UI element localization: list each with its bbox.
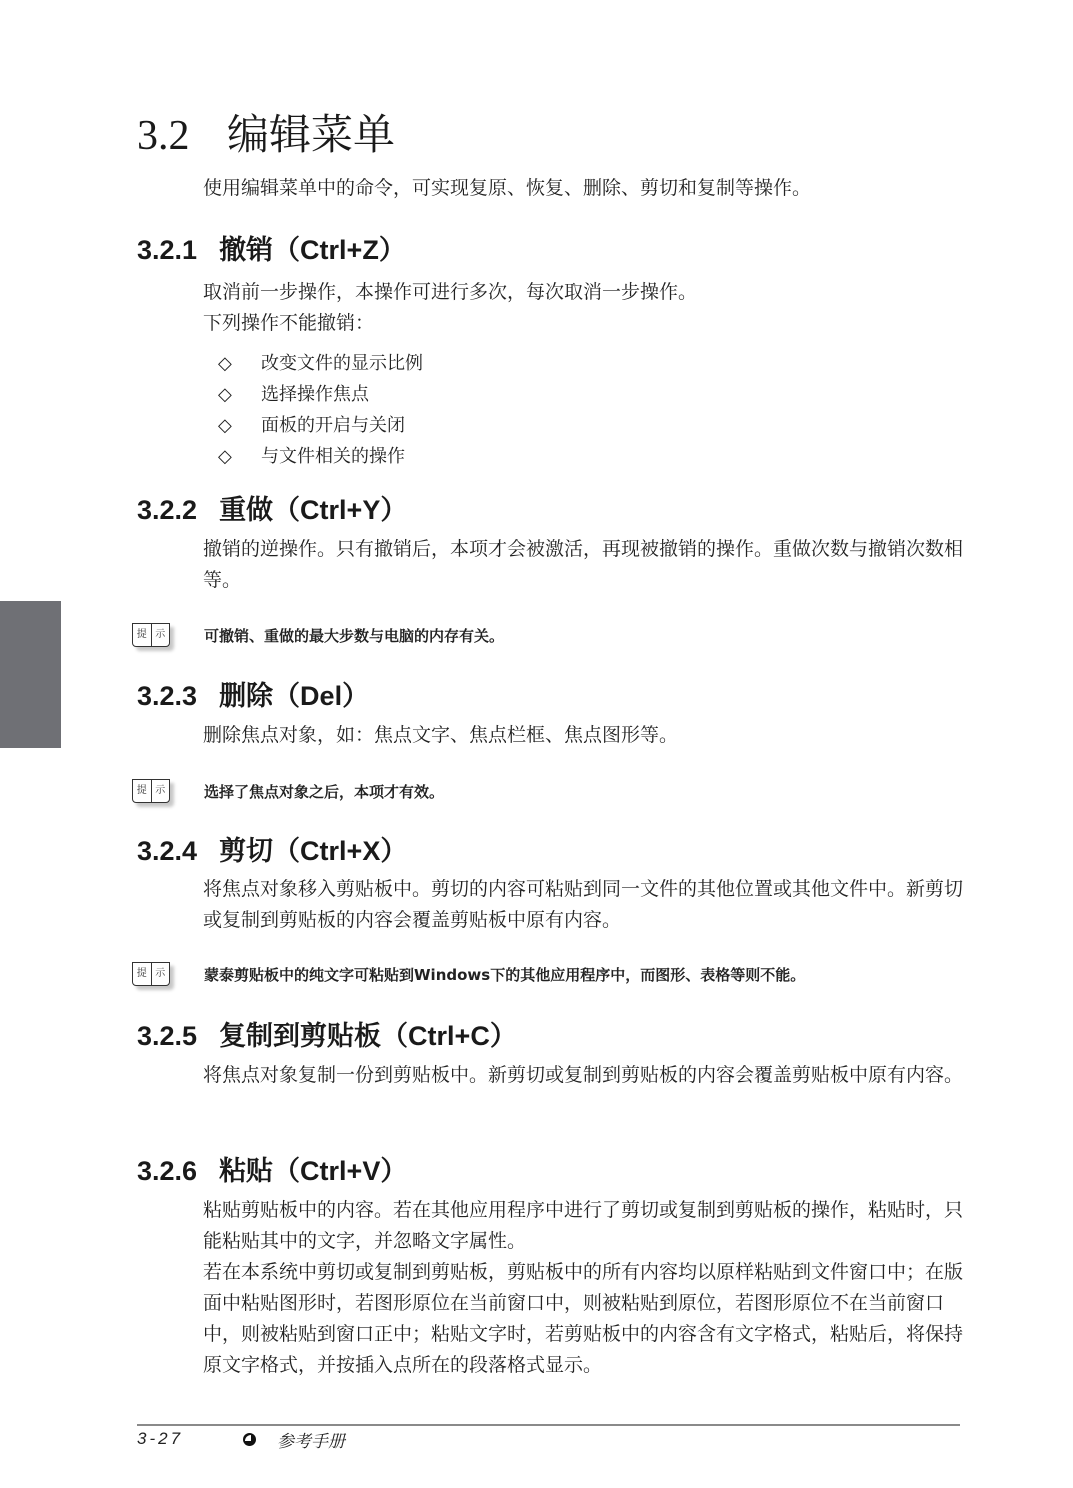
section-title-undo: 3.2.1撤销（Ctrl+Z） — [137, 232, 406, 268]
paragraph: 将焦点对象复制一份到剪贴板中。新剪切或复制到剪贴板的内容会覆盖剪贴板中原有内容。 — [203, 1060, 968, 1091]
paragraph: 删除焦点对象，如：焦点文字、焦点栏框、焦点图形等。 — [203, 720, 968, 751]
section-title-redo: 3.2.2重做（Ctrl+Y） — [137, 492, 407, 528]
diamond-bullet-icon: ◇ — [218, 348, 261, 379]
list-item: ◇面板的开启与关闭 — [218, 410, 423, 441]
list-item: ◇改变文件的显示比例 — [218, 348, 423, 379]
section-number: 3.2.5 — [137, 1018, 197, 1054]
tip-note: 提示 蒙泰剪贴板中的纯文字可粘贴到Windows下的其他应用程序中，而图形、表格… — [130, 958, 805, 990]
section-body-undo: 取消前一步操作，本操作可进行多次，每次取消一步操作。 下列操作不能撤销： — [203, 277, 968, 339]
section-body-paste: 粘贴剪贴板中的内容。若在其他应用程序中进行了剪切或复制到剪贴板的操作，粘贴时，只… — [203, 1195, 968, 1381]
bullet-list: ◇改变文件的显示比例 ◇选择操作焦点 ◇面板的开启与关闭 ◇与文件相关的操作 — [218, 348, 423, 472]
diamond-bullet-icon: ◇ — [218, 441, 261, 472]
paragraph: 将焦点对象移入剪贴板中。剪切的内容可粘贴到同一文件的其他位置或其他文件中。新剪切… — [203, 874, 968, 936]
list-item-text: 与文件相关的操作 — [261, 441, 405, 472]
section-number: 3.2.3 — [137, 678, 197, 714]
section-body-delete: 删除焦点对象，如：焦点文字、焦点栏框、焦点图形等。 — [203, 720, 968, 751]
section-title-delete: 3.2.3删除（Del） — [137, 678, 369, 714]
tip-text: 选择了焦点对象之后，本项才有效。 — [204, 781, 444, 802]
section-body-cut: 将焦点对象移入剪贴板中。剪切的内容可粘贴到同一文件的其他位置或其他文件中。新剪切… — [203, 874, 968, 936]
list-item-text: 改变文件的显示比例 — [261, 348, 423, 379]
section-heading-text: 粘贴（Ctrl+V） — [219, 1156, 407, 1186]
chapter-title-text: 编辑菜单 — [227, 113, 395, 159]
section-title-copy: 3.2.5复制到剪贴板（Ctrl+C） — [137, 1018, 517, 1054]
list-item-text: 选择操作焦点 — [261, 379, 369, 410]
tip-icon-label: 示 — [152, 780, 170, 802]
diamond-bullet-icon: ◇ — [218, 410, 261, 441]
footer-rule — [137, 1424, 960, 1426]
section-title-cut: 3.2.4剪切（Ctrl+X） — [137, 833, 407, 869]
section-number: 3.2.4 — [137, 833, 197, 869]
list-item: ◇与文件相关的操作 — [218, 441, 423, 472]
section-heading-text: 重做（Ctrl+Y） — [219, 495, 407, 525]
tip-note: 提示 可撤销、重做的最大步数与电脑的内存有关。 — [130, 619, 504, 651]
paragraph: 取消前一步操作，本操作可进行多次，每次取消一步操作。 — [203, 277, 968, 308]
chapter-title: 3.2编辑菜单 — [137, 108, 395, 164]
tip-icon-label: 示 — [152, 624, 170, 646]
footer-title: 参考手册 — [277, 1427, 345, 1452]
half-moon-icon — [243, 1433, 256, 1446]
paragraph: 下列操作不能撤销： — [203, 308, 968, 339]
section-body-redo: 撤销的逆操作。只有撤销后，本项才会被激活，再现被撤销的操作。重做次数与撤销次数相… — [203, 534, 968, 596]
chapter-number: 3.2 — [137, 108, 227, 164]
section-number: 3.2.6 — [137, 1153, 197, 1189]
chapter-side-tab — [0, 601, 61, 748]
paragraph: 粘贴剪贴板中的内容。若在其他应用程序中进行了剪切或复制到剪贴板的操作，粘贴时，只… — [203, 1195, 968, 1257]
tip-icon-label: 提 — [133, 963, 152, 985]
chapter-intro: 使用编辑菜单中的命令，可实现复原、恢复、删除、剪切和复制等操作。 — [203, 173, 968, 204]
open-book-tip-icon: 提示 — [130, 777, 172, 805]
paragraph: 若在本系统中剪切或复制到剪贴板，剪贴板中的所有内容均以原样粘贴到文件窗口中；在版… — [203, 1257, 968, 1381]
section-title-paste: 3.2.6粘贴（Ctrl+V） — [137, 1153, 407, 1189]
page-footer: 3-27 参考手册 — [137, 1428, 345, 1450]
section-heading-text: 删除（Del） — [219, 681, 369, 711]
tip-text: 可撤销、重做的最大步数与电脑的内存有关。 — [204, 625, 504, 646]
tip-icon-label: 提 — [133, 780, 152, 802]
tip-icon-label: 提 — [133, 624, 152, 646]
list-item: ◇选择操作焦点 — [218, 379, 423, 410]
section-number: 3.2.1 — [137, 232, 197, 268]
list-item-text: 面板的开启与关闭 — [261, 410, 405, 441]
open-book-tip-icon: 提示 — [130, 621, 172, 649]
diamond-bullet-icon: ◇ — [218, 379, 261, 410]
page-number: 3-27 — [137, 1429, 243, 1449]
tip-icon-label: 示 — [152, 963, 170, 985]
section-heading-text: 剪切（Ctrl+X） — [219, 836, 407, 866]
section-heading-text: 撤销（Ctrl+Z） — [219, 235, 406, 265]
tip-text: 蒙泰剪贴板中的纯文字可粘贴到Windows下的其他应用程序中，而图形、表格等则不… — [204, 964, 805, 985]
tip-note: 提示 选择了焦点对象之后，本项才有效。 — [130, 775, 444, 807]
section-body-copy: 将焦点对象复制一份到剪贴板中。新剪切或复制到剪贴板的内容会覆盖剪贴板中原有内容。 — [203, 1060, 968, 1091]
open-book-tip-icon: 提示 — [130, 960, 172, 988]
section-heading-text: 复制到剪贴板（Ctrl+C） — [219, 1021, 517, 1051]
paragraph: 撤销的逆操作。只有撤销后，本项才会被激活，再现被撤销的操作。重做次数与撤销次数相… — [203, 534, 968, 596]
section-number: 3.2.2 — [137, 492, 197, 528]
